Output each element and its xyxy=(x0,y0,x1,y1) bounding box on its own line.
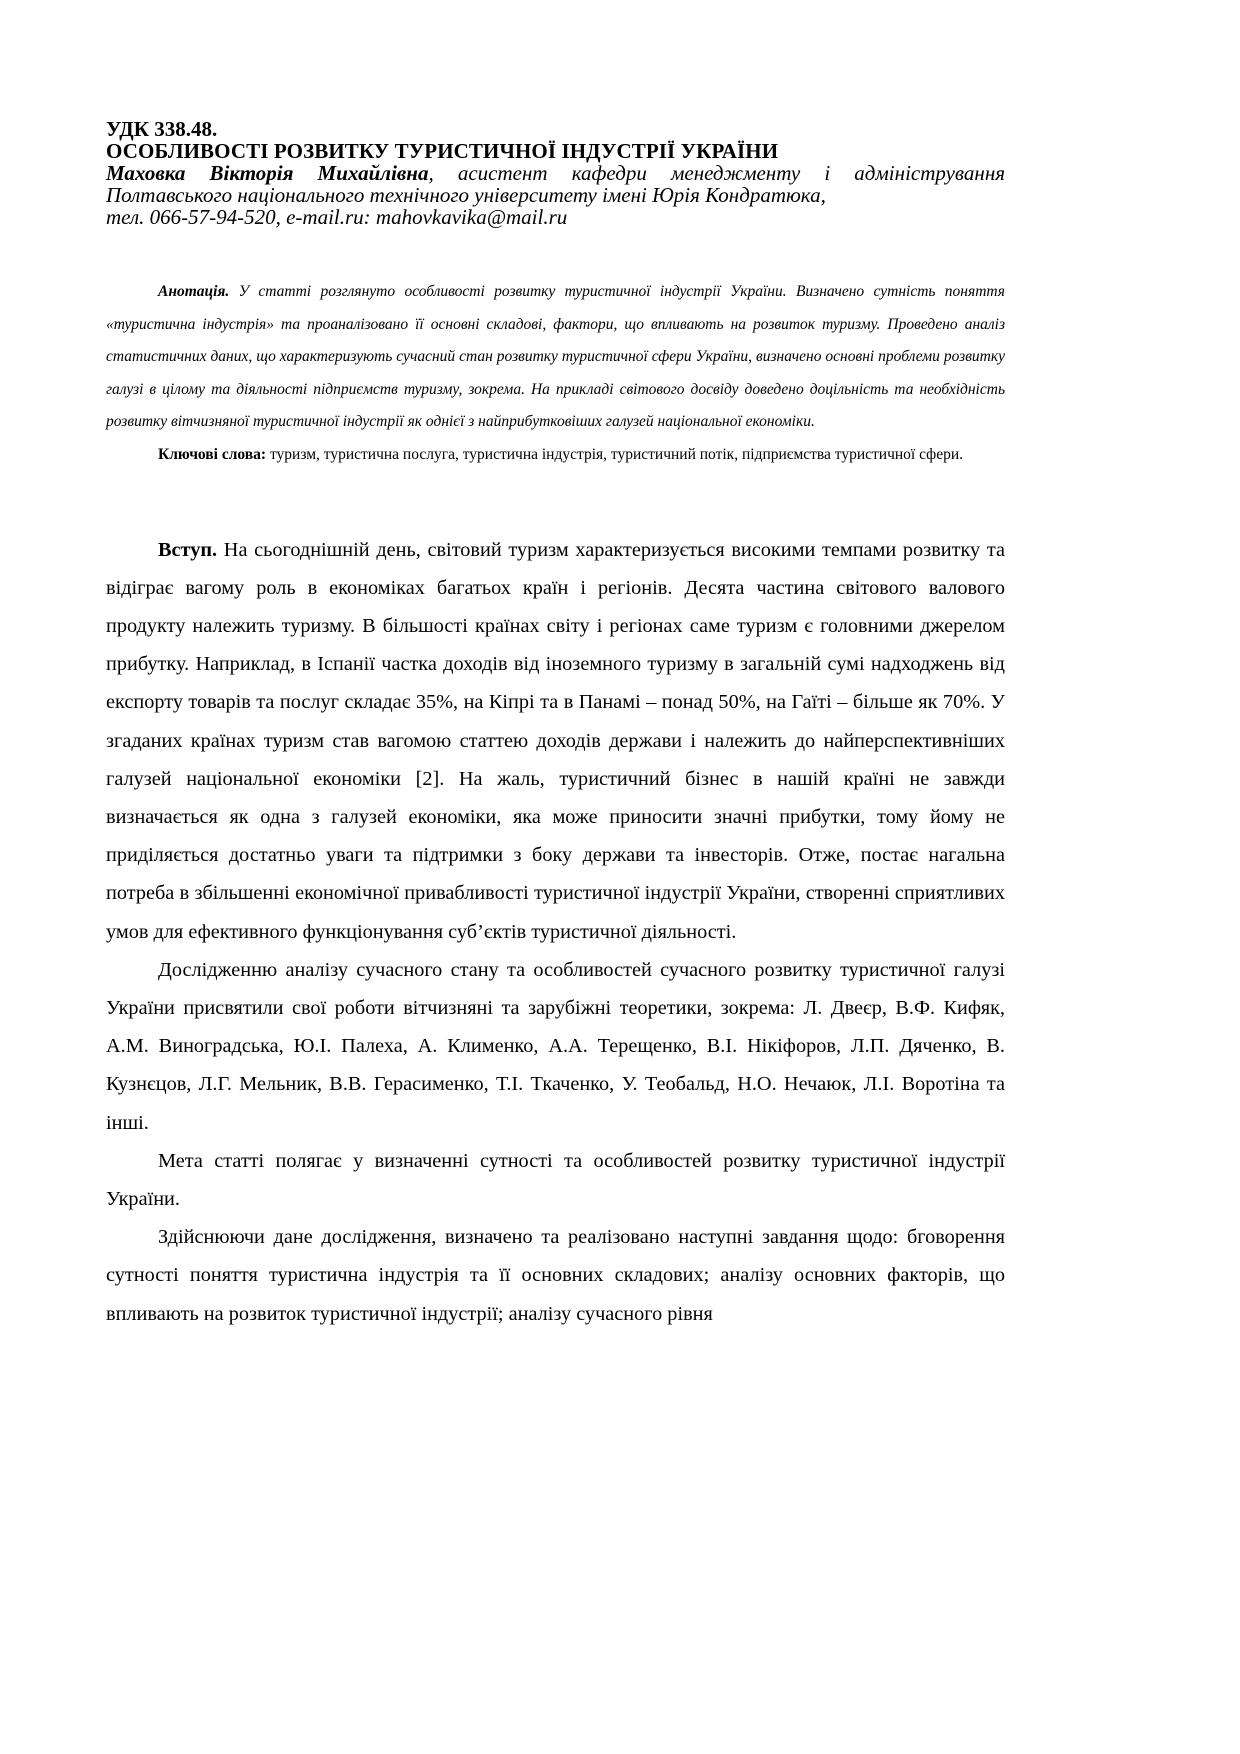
author-line: Маховка Вікторія Михайлівна, асистент ка… xyxy=(106,162,1005,184)
article-body: Вступ. На сьогоднішній день, світовий ту… xyxy=(106,531,1005,1333)
author-affiliation: Полтавського національного технічного ун… xyxy=(106,184,1005,206)
article-title: ОСОБЛИВОСТІ РОЗВИТКУ ТУРИСТИЧНОЇ ІНДУСТР… xyxy=(106,140,1005,162)
keywords-text: туризм, туристична послуга, туристична і… xyxy=(266,446,963,463)
intro-text: На сьогоднішній день, світовий туризм ха… xyxy=(106,539,1005,943)
intro-label: Вступ. xyxy=(158,539,217,561)
keywords: Ключові слова: туризм, туристична послуг… xyxy=(106,439,1005,471)
udk-code: УДК 338.48. xyxy=(106,118,1005,140)
paragraph-researchers: Дослідженню аналізу сучасного стану та о… xyxy=(106,951,1005,1142)
document-page: УДК 338.48. ОСОБЛИВОСТІ РОЗВИТКУ ТУРИСТИ… xyxy=(106,118,1005,1333)
paragraph-tasks: Здійснюючи дане дослідження, визначено т… xyxy=(106,1218,1005,1333)
paragraph-goal: Мета статті полягає у визначенні сутност… xyxy=(106,1142,1005,1218)
abstract-text: У статті розглянуто особливості розвитку… xyxy=(106,283,1005,430)
author-contact: тел. 066-57-94-520, e-mail.ru: mahovkavi… xyxy=(106,206,1005,228)
author-name: Маховка Вікторія Михайлівна xyxy=(106,161,428,185)
article-header: УДК 338.48. ОСОБЛИВОСТІ РОЗВИТКУ ТУРИСТИ… xyxy=(106,118,1005,228)
author-position: , асистент кафедри менеджменту і адмініс… xyxy=(428,161,1005,185)
abstract-label: Анотація. xyxy=(158,283,229,300)
abstract: Анотація. У статті розглянуто особливост… xyxy=(106,276,1005,439)
keywords-label: Ключові слова: xyxy=(158,446,266,463)
intro-paragraph: Вступ. На сьогоднішній день, світовий ту… xyxy=(106,531,1005,951)
